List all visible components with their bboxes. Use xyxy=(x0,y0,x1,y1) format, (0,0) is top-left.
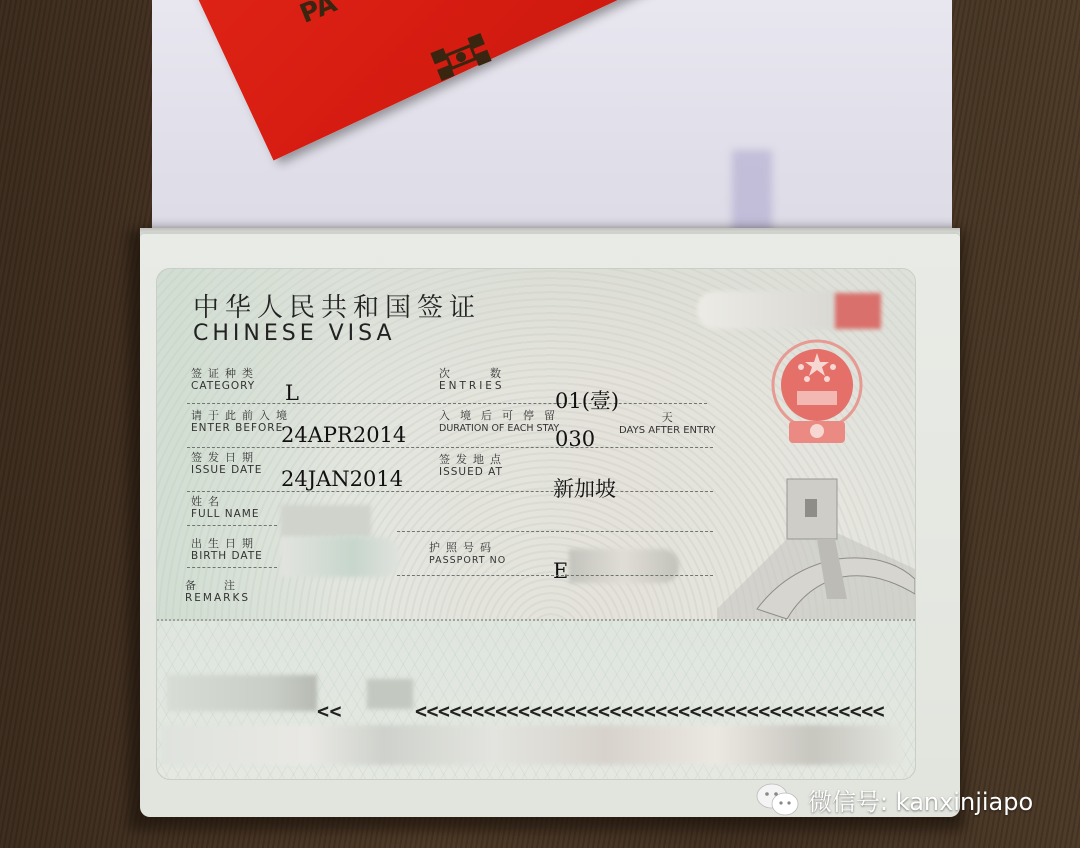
field-rule xyxy=(187,447,713,448)
mrz-line-1b: <<<<<<<<<<<<<<<<<<<<<<<<<<<<<<<<<<<<<<<<… xyxy=(415,699,884,723)
redaction-block xyxy=(697,291,837,329)
field-rule xyxy=(397,575,713,576)
redaction-block xyxy=(281,537,401,577)
national-emblem-icon xyxy=(769,339,865,451)
redaction-block xyxy=(281,505,371,537)
full-name-label: 姓名FULL NAME xyxy=(191,495,260,521)
field-rule xyxy=(187,567,277,568)
field-rule xyxy=(187,403,707,404)
category-value: L xyxy=(285,381,299,405)
field-rule xyxy=(187,525,277,526)
enter-before-value: 24APR2014 xyxy=(281,423,406,447)
watermark-text: 微信号: kanxinjiapo xyxy=(808,782,1033,817)
mrz-line-1a: << xyxy=(317,699,342,723)
wechat-watermark: 微信号: kanxinjiapo xyxy=(756,782,1033,817)
passport-no-label: 护照号码PASSPORT NO xyxy=(429,541,506,567)
issued-at-value: 新加坡 xyxy=(553,473,616,503)
visa-title-en: CHINESE VISA xyxy=(193,321,396,346)
redaction-block xyxy=(569,549,679,583)
issue-date-label: 签发日期ISSUE DATE xyxy=(191,451,262,477)
security-print-art xyxy=(732,150,772,240)
redaction-block-red xyxy=(835,293,881,329)
enter-before-label: 请于此前入境ENTER BEFORE xyxy=(191,409,293,435)
category-label: 签证种类CATEGORY xyxy=(191,367,259,393)
entries-label: 次数ENTRIES xyxy=(439,367,541,393)
duration-value: 030 xyxy=(555,427,595,451)
wechat-icon xyxy=(756,783,800,817)
great-wall-illustration xyxy=(717,459,915,619)
issued-at-label: 签发地点ISSUED AT xyxy=(439,453,507,479)
redaction-block xyxy=(367,679,413,709)
duration-label: 入境后可停留DURATION OF EACH STAY xyxy=(439,409,565,435)
visa-sticker: 中华人民共和国签证 CHINESE VISA 签证种类CATEGORY L 请于… xyxy=(156,268,916,780)
visa-title-zh: 中华人民共和国签证 xyxy=(193,287,481,324)
mrz-line-2-redacted xyxy=(161,725,901,765)
remarks-label: 备注REMARKS xyxy=(185,579,263,605)
field-rule xyxy=(187,491,713,492)
redaction-block xyxy=(167,675,317,711)
duration-unit: 天DAYS AFTER ENTRY xyxy=(619,411,716,437)
birth-date-label: 出生日期BIRTH DATE xyxy=(191,537,263,563)
passport-no-value: E xyxy=(553,559,568,583)
issue-date-value: 24JAN2014 xyxy=(281,467,403,491)
field-rule xyxy=(397,531,713,532)
